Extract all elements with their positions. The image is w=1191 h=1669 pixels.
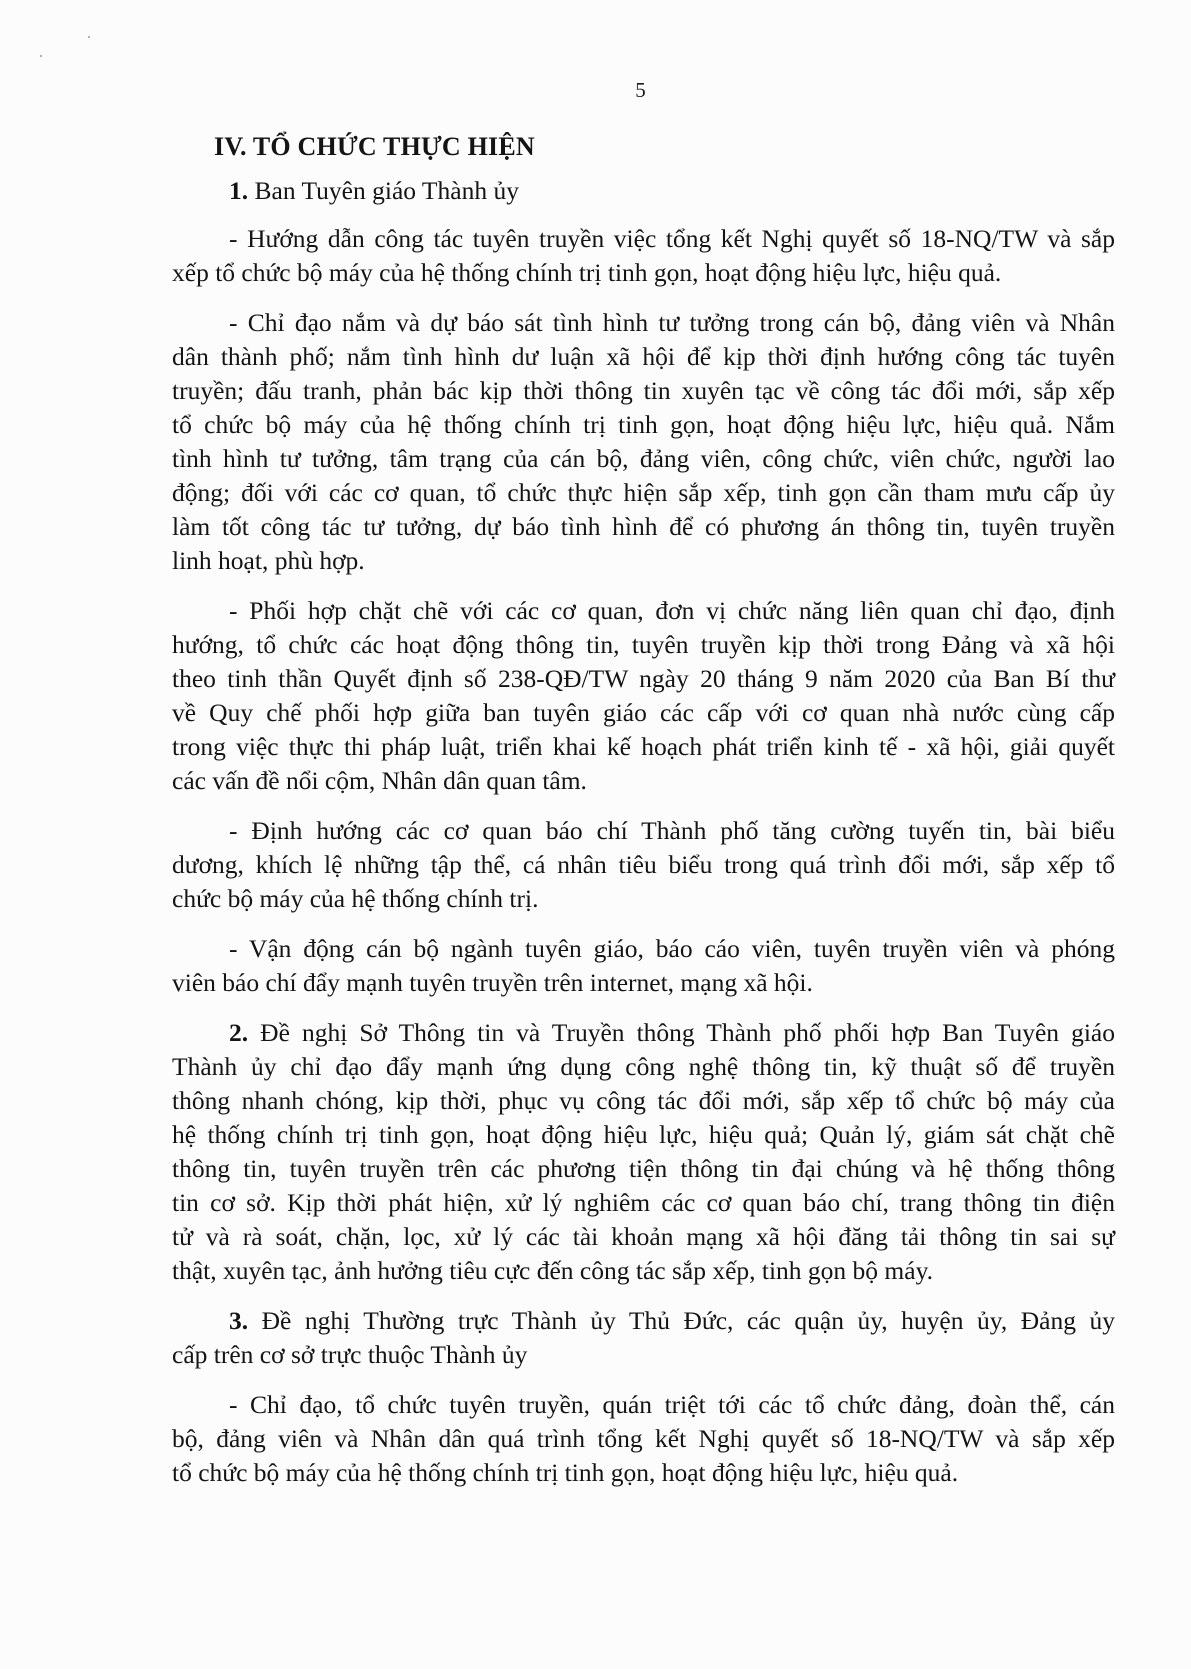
paragraph-line: linh hoạt, phù hợp. xyxy=(172,546,1115,580)
item-3: 3. Đề nghị Thường trực Thành ủy Thủ Đức,… xyxy=(172,1306,1115,1374)
scan-speck xyxy=(88,36,90,38)
item-number: 1. xyxy=(229,176,248,205)
paragraph-line: về Quy chế phối hợp giữa ban tuyên giáo … xyxy=(172,698,1115,732)
paragraph-line: - Hướng dẫn công tác tuyên truyền việc t… xyxy=(172,224,1115,258)
paragraph-line: làm tốt công tác tư tưởng, dự báo tình h… xyxy=(172,512,1115,546)
item-heading-text: Đề nghị Thường trực Thành ủy Thủ Đức, cá… xyxy=(248,1306,1115,1335)
paragraph-line: viên báo chí đẩy mạnh tuyên truyền trên … xyxy=(172,968,1115,1002)
bullet-paragraph: - Vận động cán bộ ngành tuyên giáo, báo … xyxy=(172,934,1115,1002)
document-body: IV. TỔ CHỨC THỰC HIỆN 1. Ban Tuyên giáo … xyxy=(172,130,1115,1508)
paragraph-line: tổ chức bộ máy của hệ thống chính trị ti… xyxy=(172,410,1115,444)
paragraph-line: xếp tổ chức bộ máy của hệ thống chính tr… xyxy=(172,258,1115,292)
item-number: 3. xyxy=(229,1306,248,1335)
item-heading-text: Đề nghị Sở Thông tin và Truyền thông Thà… xyxy=(248,1018,1115,1047)
item-2: 2. Đề nghị Sở Thông tin và Truyền thông … xyxy=(172,1018,1115,1290)
section-title: IV. TỔ CHỨC THỰC HIỆN xyxy=(172,130,1115,164)
scan-speck xyxy=(40,55,42,57)
paragraph-line: - Vận động cán bộ ngành tuyên giáo, báo … xyxy=(172,934,1115,968)
paragraph-line: - Phối hợp chặt chẽ với các cơ quan, đơn… xyxy=(172,596,1115,630)
paragraph-line: thông nhanh chóng, kịp thời, phục vụ côn… xyxy=(172,1086,1115,1120)
paragraph-line: hướng, tổ chức các hoạt động thông tin, … xyxy=(172,630,1115,664)
paragraph-line: động; đối với các cơ quan, tổ chức thực … xyxy=(172,478,1115,512)
paragraph-line: tình hình tư tưởng, tâm trạng của cán bộ… xyxy=(172,444,1115,478)
paragraph-line: dương, khích lệ những tập thể, cá nhân t… xyxy=(172,850,1115,884)
item-heading-line: 1. Ban Tuyên giáo Thành ủy xyxy=(172,176,1115,210)
item-heading-text: Ban Tuyên giáo Thành ủy xyxy=(248,176,519,205)
item-1-heading: 1. Ban Tuyên giáo Thành ủy xyxy=(172,176,1115,210)
paragraph-line: tin cơ sở. Kịp thời phát hiện, xử lý ngh… xyxy=(172,1188,1115,1222)
paragraph-line: - Định hướng các cơ quan báo chí Thành p… xyxy=(172,816,1115,850)
bullet-paragraph: - Chỉ đạo nắm và dự báo sát tình hình tư… xyxy=(172,308,1115,580)
paragraph-line: dân thành phố; nắm tình hình dư luận xã … xyxy=(172,342,1115,376)
paragraph-line: truyền; đấu tranh, phản bác kịp thời thô… xyxy=(172,376,1115,410)
bullet-paragraph: - Chỉ đạo, tổ chức tuyên truyền, quán tr… xyxy=(172,1390,1115,1492)
page-number: 5 xyxy=(0,78,1191,103)
bullet-paragraph: - Phối hợp chặt chẽ với các cơ quan, đơn… xyxy=(172,596,1115,800)
paragraph-line: cấp trên cơ sở trực thuộc Thành ủy xyxy=(172,1340,1115,1374)
item-heading-line: 2. Đề nghị Sở Thông tin và Truyền thông … xyxy=(172,1018,1115,1052)
item-1: 1. Ban Tuyên giáo Thành ủy - Hướng dẫn c… xyxy=(172,176,1115,1002)
paragraph-line: tử và rà soát, chặn, lọc, xử lý các tài … xyxy=(172,1222,1115,1256)
item-heading-line: 3. Đề nghị Thường trực Thành ủy Thủ Đức,… xyxy=(172,1306,1115,1340)
bullet-paragraph: - Định hướng các cơ quan báo chí Thành p… xyxy=(172,816,1115,918)
bullet-paragraph: - Hướng dẫn công tác tuyên truyền việc t… xyxy=(172,224,1115,292)
paragraph-line: Thành ủy chỉ đạo đẩy mạnh ứng dụng công … xyxy=(172,1052,1115,1086)
paragraph-line: hệ thống chính trị tinh gọn, hoạt động h… xyxy=(172,1120,1115,1154)
paragraph-line: thật, xuyên tạc, ảnh hưởng tiêu cực đến … xyxy=(172,1256,1115,1290)
paragraph-line: các vấn đề nổi cộm, Nhân dân quan tâm. xyxy=(172,766,1115,800)
item-number: 2. xyxy=(229,1018,248,1047)
paragraph-line: - Chỉ đạo nắm và dự báo sát tình hình tư… xyxy=(172,308,1115,342)
paragraph-line: chức bộ máy của hệ thống chính trị. xyxy=(172,884,1115,918)
paragraph-line: theo tinh thần Quyết định số 238-QĐ/TW n… xyxy=(172,664,1115,698)
paragraph-line: thông tin, tuyên truyền trên các phương … xyxy=(172,1154,1115,1188)
paragraph-line: tổ chức bộ máy của hệ thống chính trị ti… xyxy=(172,1458,1115,1492)
document-page: 5 IV. TỔ CHỨC THỰC HIỆN 1. Ban Tuyên giá… xyxy=(0,0,1191,1669)
paragraph-line: trong việc thực thi pháp luật, triển kha… xyxy=(172,732,1115,766)
paragraph-line: bộ, đảng viên và Nhân dân quá trình tổng… xyxy=(172,1424,1115,1458)
paragraph-line: - Chỉ đạo, tổ chức tuyên truyền, quán tr… xyxy=(172,1390,1115,1424)
